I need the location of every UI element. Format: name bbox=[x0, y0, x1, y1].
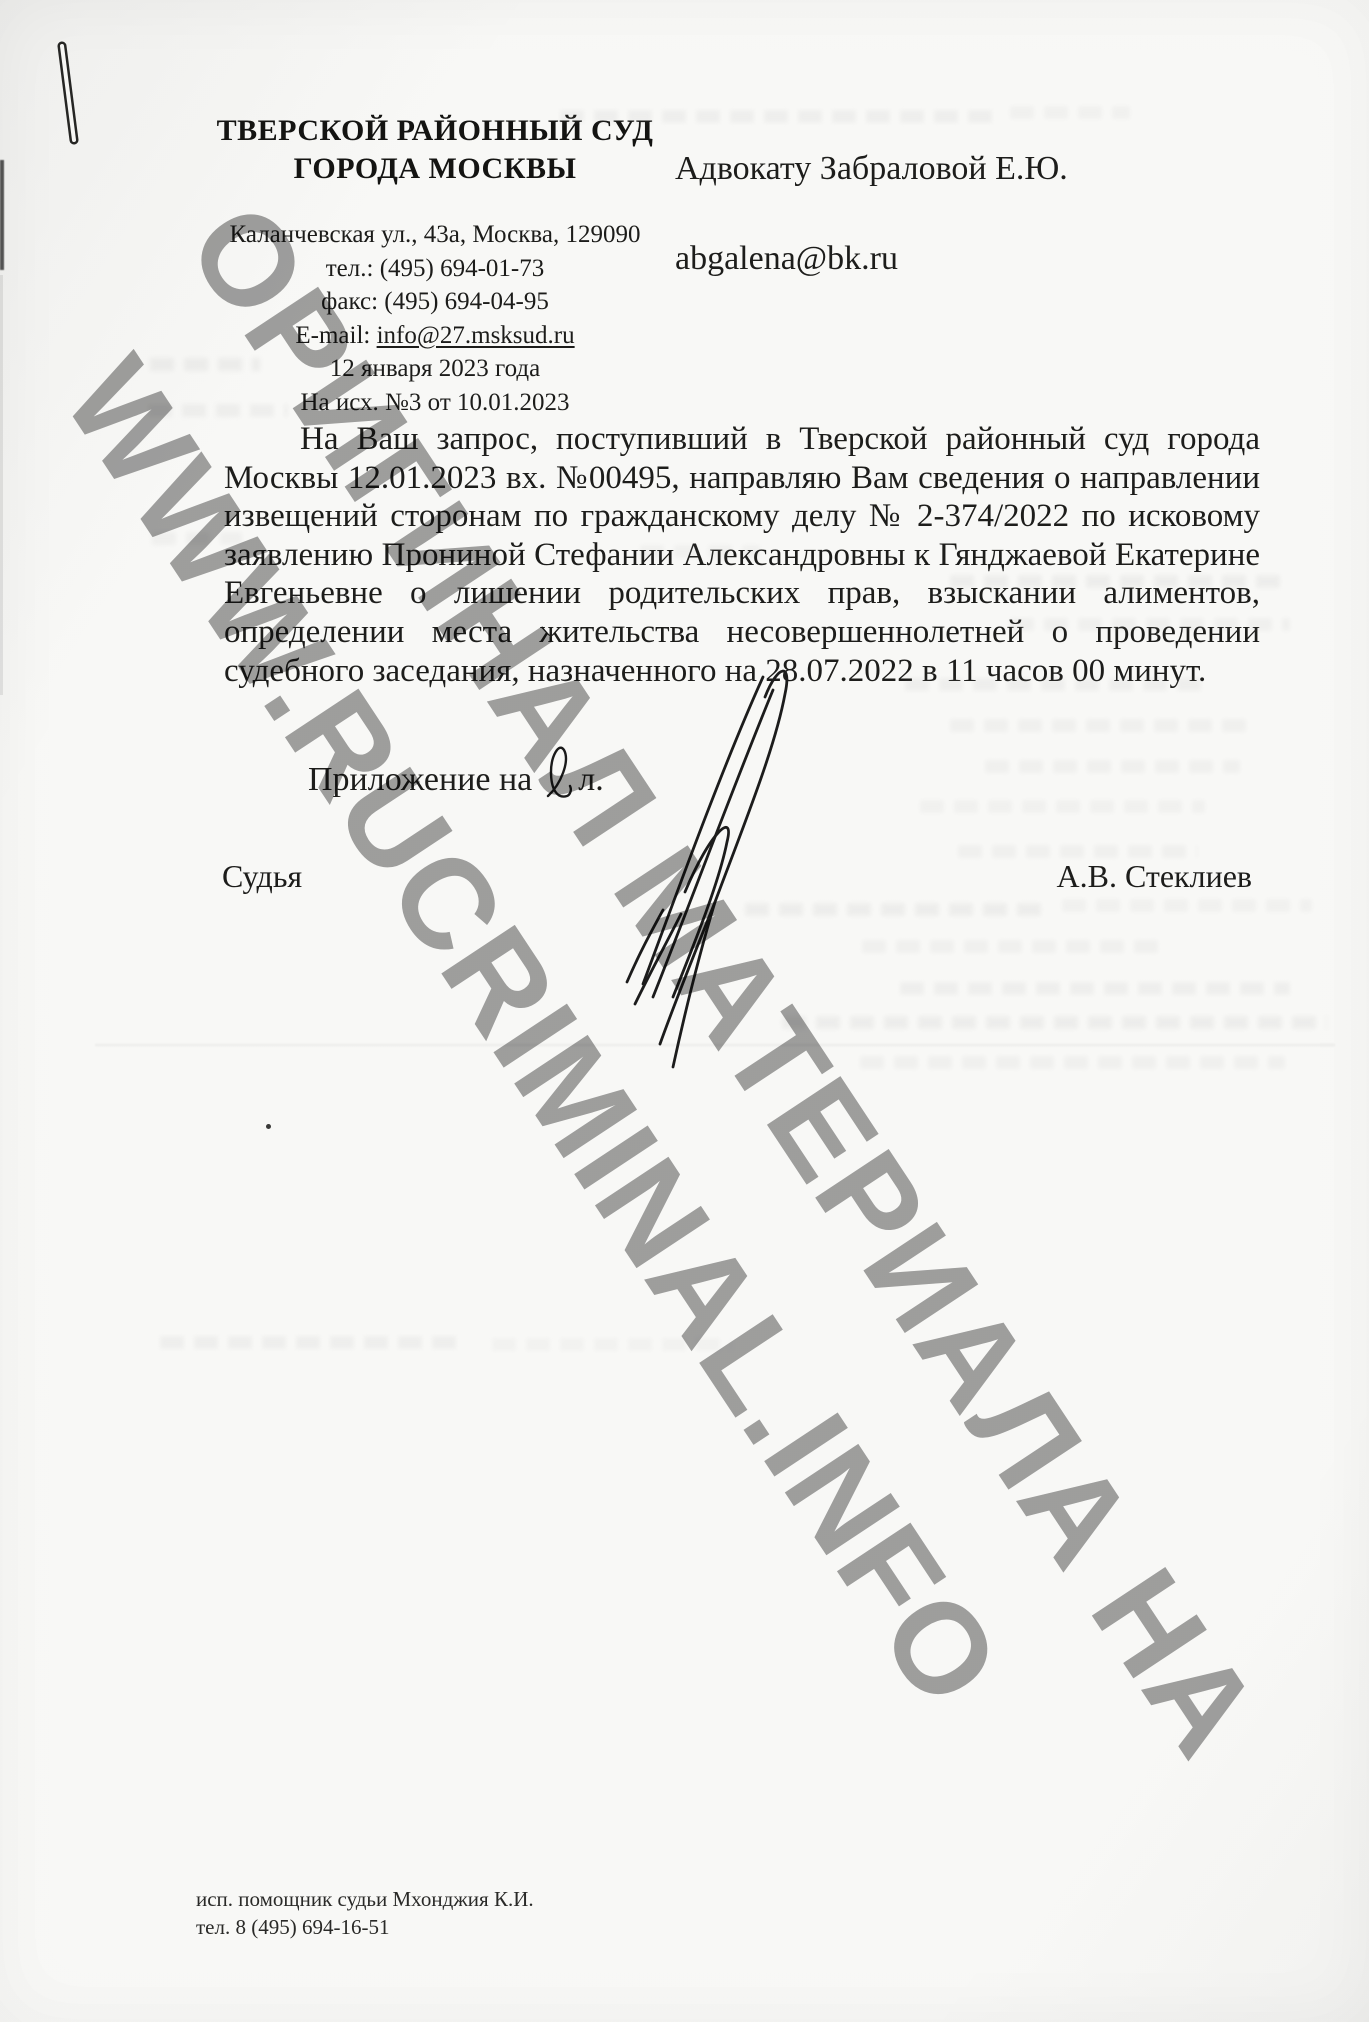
bleed-through-text bbox=[860, 1056, 1285, 1069]
bleed-through-text bbox=[985, 760, 1240, 773]
footer-executor-block: исп. помощник судьи Мхонджия К.И. тел. 8… bbox=[196, 1886, 534, 1941]
bleed-through-text bbox=[950, 719, 1250, 732]
judge-signature bbox=[615, 652, 805, 1072]
executor-name: исп. помощник судьи Мхонджия К.И. bbox=[196, 1886, 534, 1914]
scan-edge-artifact bbox=[0, 160, 4, 270]
court-address: Каланчевская ул., 43а, Москва, 129090 bbox=[150, 218, 720, 252]
bleed-through-text bbox=[862, 940, 1162, 953]
body-line: заявлению Прониной Стефании Александровн… bbox=[224, 536, 1260, 575]
staple-mark-icon bbox=[48, 36, 92, 156]
attachment-prefix: Приложение на bbox=[308, 761, 532, 798]
scan-edge-artifact-soft bbox=[0, 275, 3, 695]
letter-date: 12 января 2023 года bbox=[150, 352, 720, 386]
court-letterhead: ТВЕРСКОЙ РАЙОННЫЙ СУД ГОРОДА МОСКВЫ Кала… bbox=[150, 112, 720, 419]
body-line: Москвы 12.01.2023 вх. №00495, направляю … bbox=[224, 459, 1260, 498]
body-line: На Ваш запрос, поступивший в Тверской ра… bbox=[224, 420, 1260, 459]
letter-body: На Ваш запрос, поступивший в Тверской ра… bbox=[224, 420, 1260, 690]
bleed-through-text bbox=[1010, 106, 1130, 119]
court-email-line: E-mail: info@27.msksud.ru bbox=[150, 319, 720, 353]
addressee-name: Адвокату Забраловой Е.Ю. bbox=[675, 150, 1068, 188]
body-line: определении места жительства несовершенн… bbox=[224, 613, 1260, 652]
body-line: извещений сторонам по гражданскому делу … bbox=[224, 497, 1260, 536]
bleed-through-text bbox=[958, 845, 1198, 858]
signer-title: Судья bbox=[222, 858, 302, 895]
bleed-through-text bbox=[900, 982, 1290, 995]
court-phone: тел.: (495) 694-01-73 bbox=[150, 252, 720, 286]
court-name-line2: ГОРОДА МОСКВЫ bbox=[150, 150, 720, 188]
bleed-through-text bbox=[492, 1338, 732, 1351]
court-fax: факс: (495) 694-04-95 bbox=[150, 285, 720, 319]
handwritten-sheet-count bbox=[542, 744, 572, 806]
attachment-suffix: л. bbox=[578, 761, 603, 798]
signer-name: А.В. Стеклиев bbox=[1020, 858, 1252, 895]
bleed-through-text bbox=[1062, 899, 1312, 912]
executor-phone: тел. 8 (495) 694-16-51 bbox=[196, 1914, 534, 1942]
bleed-through-text bbox=[160, 1336, 460, 1349]
attachment-line: Приложение на л. bbox=[308, 744, 604, 806]
court-email: info@27.msksud.ru bbox=[377, 322, 575, 349]
addressee-email: abgalena@bk.ru bbox=[675, 240, 898, 278]
letter-reference: На исх. №3 от 10.01.2023 bbox=[150, 386, 720, 420]
body-line: Евгеньевне о лишении родительских прав, … bbox=[224, 574, 1260, 613]
scanned-letter-page: ТВЕРСКОЙ РАЙОННЫЙ СУД ГОРОДА МОСКВЫ Кала… bbox=[0, 0, 1369, 2022]
crease-line bbox=[95, 1044, 1335, 1046]
court-name-line1: ТВЕРСКОЙ РАЙОННЫЙ СУД bbox=[150, 112, 720, 150]
bleed-through-text bbox=[920, 800, 1205, 813]
ink-dot bbox=[266, 1124, 271, 1129]
court-email-label: E-mail: bbox=[295, 322, 376, 349]
bleed-through-text bbox=[782, 1016, 1327, 1029]
